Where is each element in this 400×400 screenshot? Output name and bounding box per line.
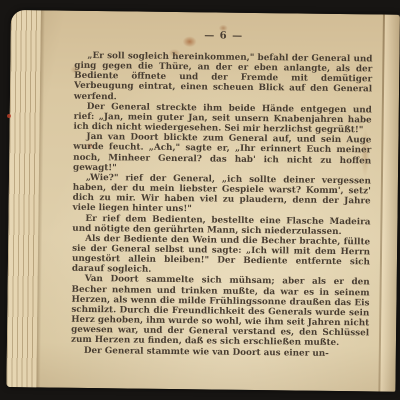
page-number: — 6 — <box>75 29 373 44</box>
paragraph: „Er soll sogleich hereinkommen," befahl … <box>74 51 373 105</box>
paragraph: Als der Bediente den Wein und die Becher… <box>72 234 370 278</box>
book-page: — 6 — „Er soll sogleich hereinkommen," b… <box>6 10 400 392</box>
page-edge-stack <box>6 10 41 387</box>
book-photo: — 6 — „Er soll sogleich hereinkommen," b… <box>0 0 400 400</box>
right-page-edge <box>380 15 400 392</box>
red-speck <box>7 114 11 118</box>
page-text-block: „Er soll sogleich hereinkommen," befahl … <box>71 51 373 359</box>
paragraph: Van Doort sammelte sich mühsam; aber als… <box>71 274 370 349</box>
paragraph: „Wie?" rief der General, „ich sollte dei… <box>73 173 371 217</box>
paragraph: Jan van Doort blickte zum General auf, u… <box>73 132 371 176</box>
paragraph: Der General streckte ihm beide Hände ent… <box>74 102 372 136</box>
